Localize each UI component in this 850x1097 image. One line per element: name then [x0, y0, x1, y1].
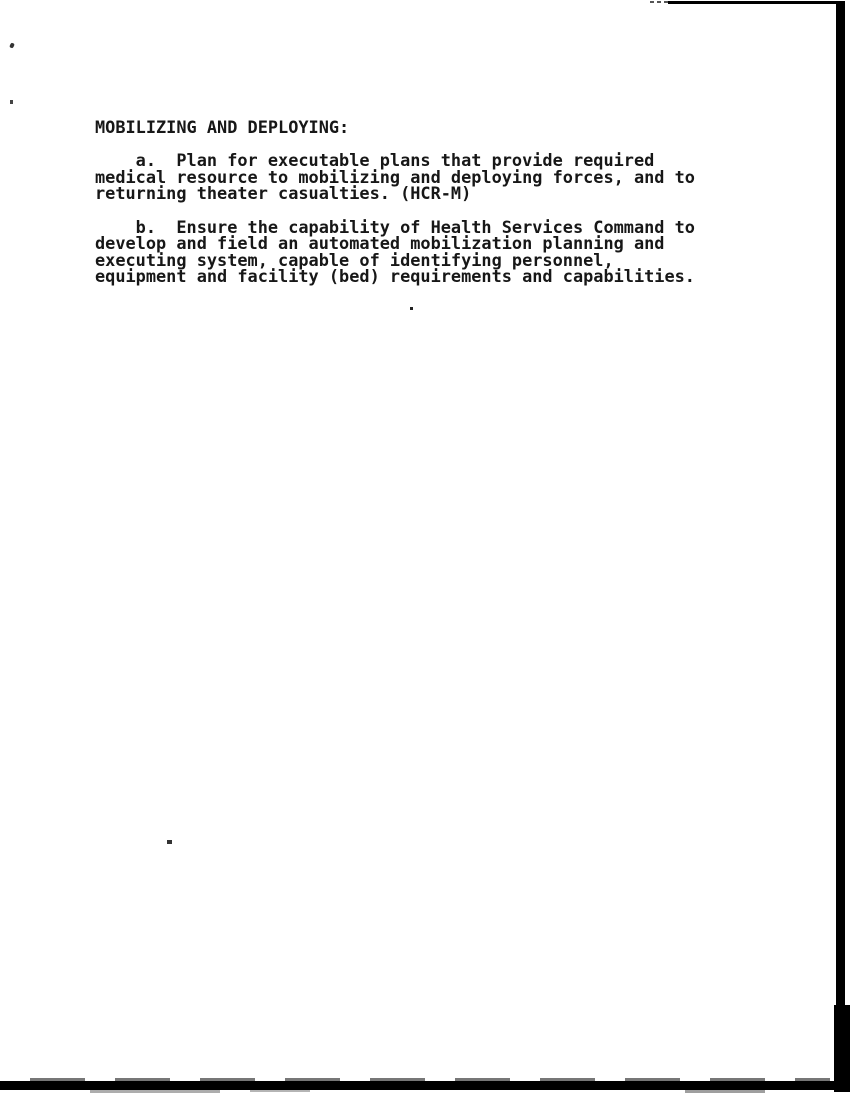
ink-speck	[410, 307, 413, 310]
ink-speck	[9, 42, 15, 48]
scanned-document-page: MOBILIZING AND DEPLOYING: a. Plan for ex…	[0, 0, 850, 1097]
scan-noise	[30, 1078, 830, 1081]
scan-edge-top-ragged	[650, 1, 670, 3]
scan-edge-bottom	[0, 1081, 846, 1090]
paragraph-a: a. Plan for executable plans that provid…	[95, 152, 715, 202]
scan-edge-right	[836, 2, 845, 1010]
scan-edge-right-lower	[834, 1005, 850, 1092]
scan-edge-top	[668, 1, 845, 4]
document-text-block: MOBILIZING AND DEPLOYING: a. Plan for ex…	[95, 119, 715, 285]
scan-noise	[685, 1090, 765, 1093]
scan-noise	[90, 1090, 220, 1093]
document-heading: MOBILIZING AND DEPLOYING:	[95, 119, 715, 136]
paragraph-b: b. Ensure the capability of Health Servi…	[95, 219, 715, 285]
scan-noise	[250, 1090, 310, 1092]
ink-speck	[167, 840, 172, 844]
ink-speck	[10, 100, 13, 104]
